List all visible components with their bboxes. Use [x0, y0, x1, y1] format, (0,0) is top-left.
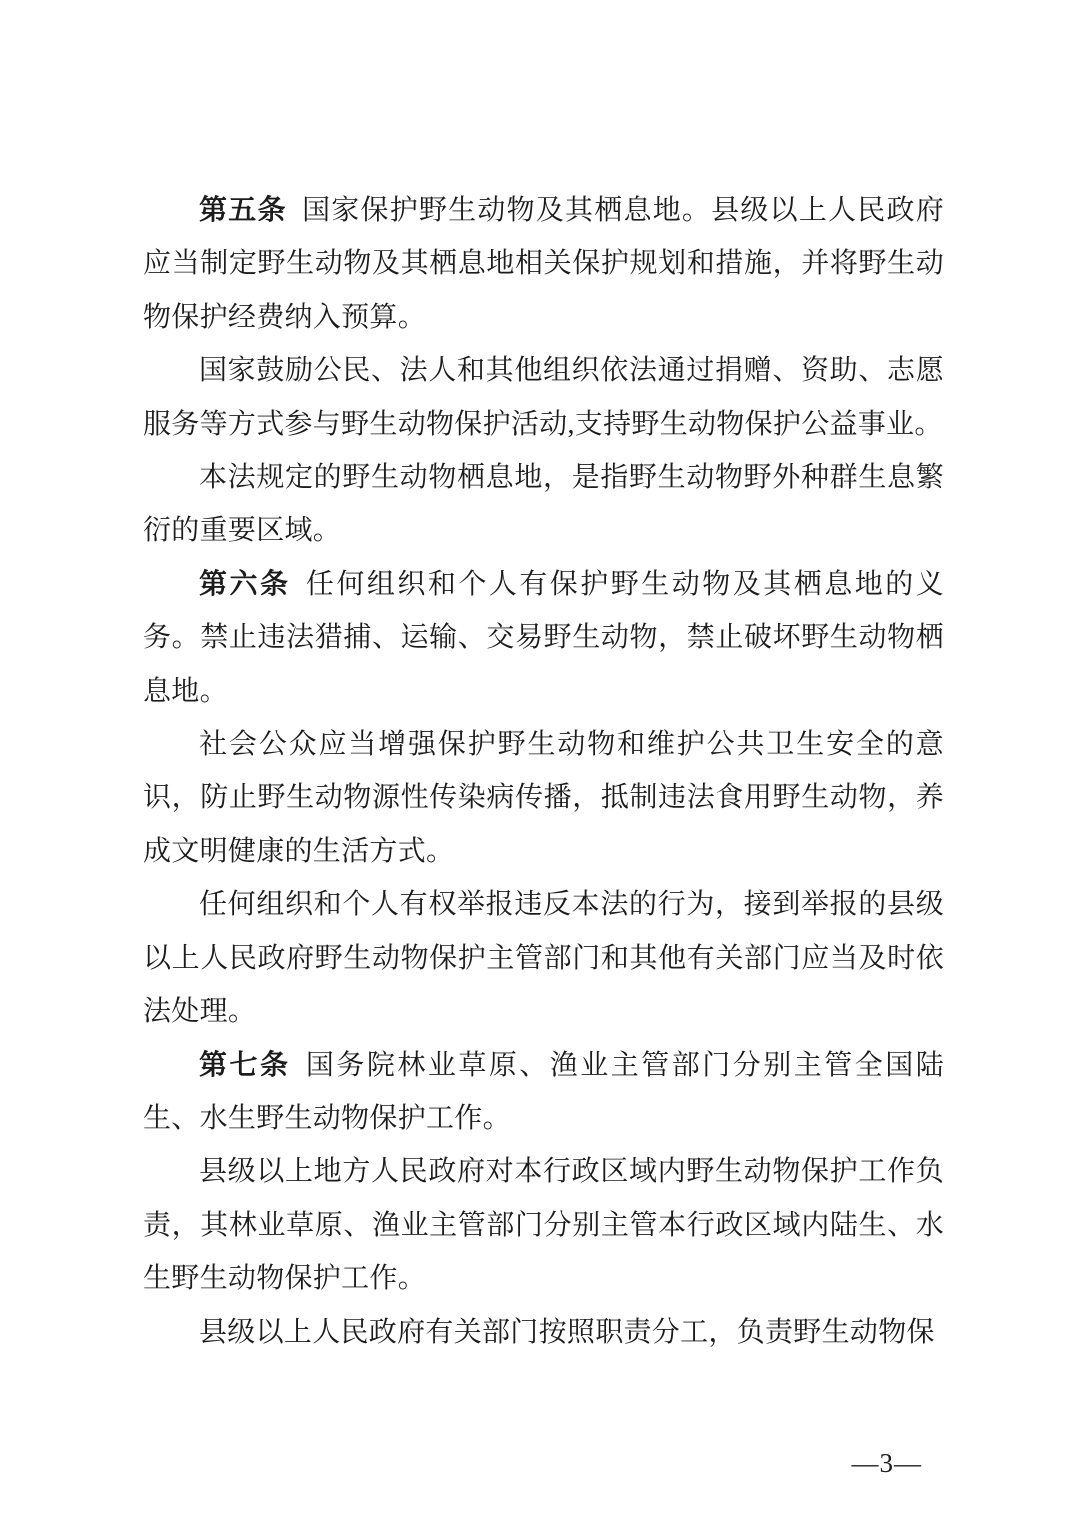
law-text-block: 第五条国家保护野生动物及其栖息地。县级以上人民政府应当制定野生动物及其栖息地相关…: [143, 184, 944, 1359]
document-page: 第五条国家保护野生动物及其栖息地。县级以上人民政府应当制定野生动物及其栖息地相关…: [0, 0, 1074, 1520]
article-number-label: 第七条: [199, 1050, 290, 1081]
law-paragraph-article-6: 第六条任何组织和个人有保护野生动物及其栖息地的义务。禁止违法猎捕、运输、交易野生…: [143, 558, 944, 718]
law-paragraph: 国家鼓励公民、法人和其他组织依法通过捐赠、资助、志愿服务等方式参与野生动物保护活…: [143, 344, 944, 451]
page-number: —3—: [852, 1448, 923, 1479]
law-paragraph: 任何组织和个人有权举报违反本法的行为，接到举报的县级以上人民政府野生动物保护主管…: [143, 878, 944, 1038]
law-paragraph: 县级以上地方人民政府对本行政区域内野生动物保护工作负责，其林业草原、渔业主管部门…: [143, 1145, 944, 1305]
paragraph-text: 县级以上地方人民政府对本行政区域内野生动物保护工作负责，其林业草原、渔业主管部门…: [143, 1156, 944, 1294]
paragraph-text: 本法规定的野生动物栖息地，是指野生动物野外种群生息繁衍的重要区域。: [143, 462, 944, 546]
paragraph-text: 社会公众应当增强保护野生动物和维护公共卫生安全的意识，防止野生动物源性传染病传播…: [143, 729, 944, 867]
law-paragraph: 社会公众应当增强保护野生动物和维护公共卫生安全的意识，防止野生动物源性传染病传播…: [143, 718, 944, 878]
law-paragraph: 本法规定的野生动物栖息地，是指野生动物野外种群生息繁衍的重要区域。: [143, 451, 944, 558]
law-paragraph-article-7: 第七条国务院林业草原、渔业主管部门分别主管全国陆生、水生野生动物保护工作。: [143, 1039, 944, 1146]
law-paragraph: 县级以上人民政府有关部门按照职责分工，负责野生动物保: [143, 1306, 944, 1359]
paragraph-text: 任何组织和个人有权举报违反本法的行为，接到举报的县级以上人民政府野生动物保护主管…: [143, 889, 944, 1027]
article-number-label: 第五条: [199, 195, 287, 226]
paragraph-text: 国家鼓励公民、法人和其他组织依法通过捐赠、资助、志愿服务等方式参与野生动物保护活…: [143, 355, 944, 439]
law-paragraph-article-5: 第五条国家保护野生动物及其栖息地。县级以上人民政府应当制定野生动物及其栖息地相关…: [143, 184, 944, 344]
article-number-label: 第六条: [199, 569, 290, 600]
paragraph-text: 县级以上人民政府有关部门按照职责分工，负责野生动物保: [199, 1317, 935, 1348]
